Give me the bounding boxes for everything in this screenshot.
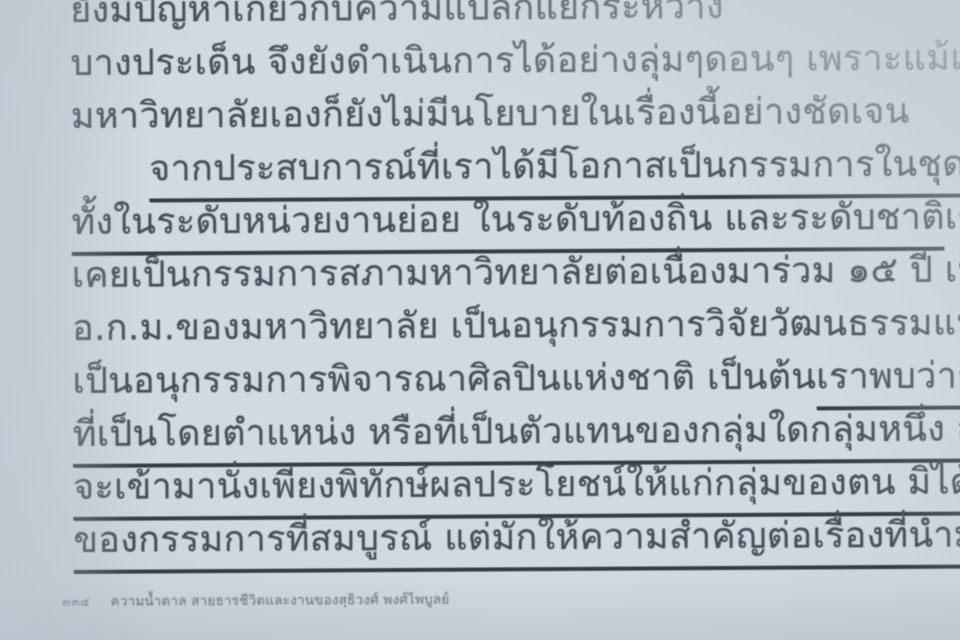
text-block: ยังมีปัญหาเกี่ยวกับความแปลกแยกระหว่างบาง… (70, 0, 954, 567)
text-line: จะเข้ามานั่งเพียงพิทักษ์ผลประโยชน์ให้แก่… (73, 456, 953, 514)
footer-running-title: ความน้ำตาล สายธารชีวิตและงานของสุธิวงศ์ … (110, 588, 449, 612)
text-line: อ.ก.ม.ของมหาวิทยาลัย เป็นอนุกรรมการวิจัย… (72, 297, 952, 355)
text-line: จากประสบการณ์ที่เราได้มีโอกาสเป็นกรรมการ… (71, 138, 951, 196)
underlined-text-segment: เราพบว่ากรรมการ (816, 349, 960, 411)
page-footer: ๓๓๔ ความน้ำตาล สายธารชีวิตและงานของสุธิว… (62, 588, 450, 612)
underlined-text-segment: ของกรรมการที่สมบูรณ์ แต่มักให้ความสำคัญต… (73, 508, 960, 574)
text-segment: เคยเป็นกรรมการสภามหาวิทยาลัยต่อเนื่องมาร… (72, 242, 960, 302)
text-line: ที่เป็นโดยตำแหน่ง หรือที่เป็นตัวแทนของกล… (73, 403, 953, 461)
text-segment: เป็นอนุกรรมการพิจารณาศิลปินแห่งชาติ เป็น… (72, 350, 816, 408)
footer-page-number: ๓๓๔ (62, 593, 91, 612)
book-page-photo: ยังมีปัญหาเกี่ยวกับความแปลกแยกระหว่างบาง… (0, 0, 960, 640)
text-line: เคยเป็นกรรมการสภามหาวิทยาลัยต่อเนื่องมาร… (72, 244, 952, 302)
text-line: มหาวิทยาลัยเองก็ยังไม่มีนโยบายในเรื่องนี… (71, 85, 951, 143)
text-line: ของกรรมการที่สมบูรณ์ แต่มักให้ความสำคัญต… (73, 509, 953, 567)
text-segment: บางประเด็น จึงยังดำเนินการได้อย่างลุ่มๆด… (70, 31, 960, 90)
text-line: บางประเด็น จึงยังดำเนินการได้อย่างลุ่มๆด… (70, 32, 950, 90)
text-segment: เช่น เรา (945, 190, 960, 244)
text-line: ทั้งในระดับหน่วยงานย่อย ในระดับท้องถิ่น … (71, 191, 951, 249)
text-line: เป็นอนุกรรมการพิจารณาศิลปินแห่งชาติ เป็น… (72, 350, 952, 408)
text-segment: ยังมีปัญหาเกี่ยวกับความแปลกแยกระหว่าง (70, 0, 724, 37)
text-segment: มหาวิทยาลัยเองก็ยังไม่มีนโยบายในเรื่องนี… (71, 85, 910, 143)
text-segment: อ.ก.ม.ของมหาวิทยาลัย เป็นอนุกรรมการวิจัย… (72, 296, 960, 355)
